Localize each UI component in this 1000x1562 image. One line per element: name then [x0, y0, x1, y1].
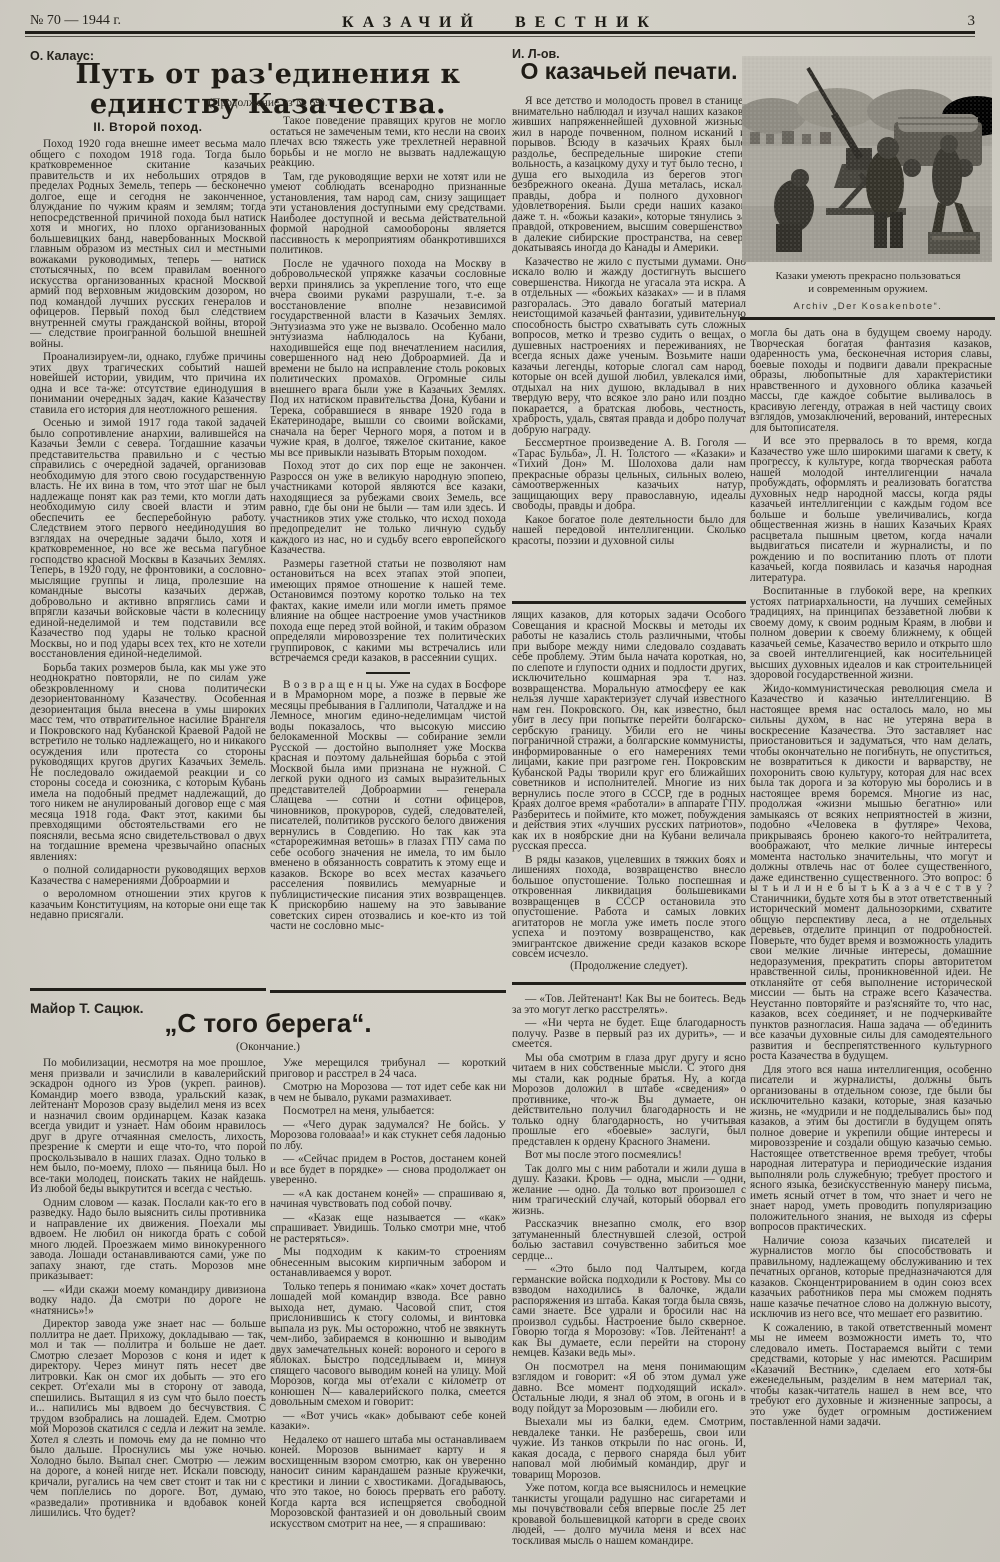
masthead-title: КАЗАЧИЙ ВЕСТНИК — [342, 14, 658, 31]
paragraph: Такое поведение правящих кругов не могло… — [270, 116, 506, 169]
paragraph: Так долго мы с ним работали и жили душа … — [512, 1164, 746, 1217]
paragraph: Одним словом — казак. Послали как-то его… — [30, 1198, 266, 1282]
article1-column-b-part1: Такое поведение правящих кругов не могло… — [270, 116, 506, 667]
paragraph: К сожалению, в такой ответственный момен… — [750, 1323, 992, 1428]
photo-caption-line1: Казаки умеють прекрасно пользоваться — [742, 270, 994, 283]
paragraph: Борьба таких розмеров была, как мы уже э… — [30, 663, 266, 863]
paragraph: Наличие союза казачьих писателей и журна… — [750, 1236, 992, 1320]
paragraph: — «Чего дурак задумался? Не бойсь. У Мор… — [270, 1120, 506, 1152]
paragraph: Поход этот до сих пор еще не закончен. Р… — [270, 461, 506, 556]
article3-column-a: По мобилизации, несмотря на мое прошлое,… — [30, 1058, 266, 1560]
newspaper-page: № 70 — 1944 г. КАЗАЧИЙ ВЕСТНИК 3 О. Кала… — [0, 0, 1000, 1562]
paragraph: — «Это было под Чалтырем, когда германск… — [512, 1264, 746, 1359]
paragraph: — «Вот учись «как» добывают себе коней к… — [270, 1411, 506, 1432]
photo-caption-line2: и современным оружием. — [742, 283, 994, 296]
article3-title: „С того берега“. — [30, 1008, 506, 1039]
photo-bottom-rule — [740, 317, 995, 320]
paragraph: о вероломном отношении этих кругов к каз… — [30, 889, 266, 921]
paragraph: Смотрю на Морозова — тот идет себе как н… — [270, 1082, 506, 1103]
paragraph: По мобилизации, несмотря на мое прошлое,… — [30, 1058, 266, 1195]
paragraph: Только теперь я понимаю «как» хочет дост… — [270, 1282, 506, 1408]
article2-title: О казачьей печати. — [512, 58, 746, 85]
paragraph: В ряды казаков, уцелевших в тяжких боях … — [512, 855, 746, 959]
column-c-divider-rule — [512, 601, 746, 604]
paragraph: Уже мерещился трибунал — короткий пригов… — [270, 1058, 506, 1079]
article1-to-be-continued: (Продолжение следует). — [512, 960, 746, 972]
header-rule-thin — [25, 36, 975, 37]
photo-illustration — [742, 56, 992, 262]
paragraph: Недалеко от нашего штаба мы останавливае… — [270, 1435, 506, 1530]
paragraph: — «Сейчас придем в Ростов, достанем коне… — [270, 1154, 506, 1186]
article2-column-d: могла бы дать она в будущем своему народ… — [750, 328, 992, 1556]
paragraph: Выехали мы из балки, едем. Смотрим, невд… — [512, 1417, 746, 1480]
paragraph: Посмотрел на меня, улыбается: — [270, 1106, 506, 1117]
paragraph: Рассказчик внезапно смолк, его взор зату… — [512, 1219, 746, 1261]
paragraph: — «Тов. Лейтенант! Как Вы не боитесь. Ве… — [512, 994, 746, 1015]
paragraph: Какое богатое поле деятельности было для… — [512, 515, 746, 547]
article3-top-rule-a — [30, 988, 266, 991]
photo-credit: Archiv „Der Kosakenbote“. — [742, 301, 994, 312]
paragraph: — «А как достанем коней» — спрашиваю я, … — [270, 1189, 506, 1210]
article1-column-c-continuation: лящих казаков, для которых задачи Особог… — [512, 610, 746, 958]
masthead: КАЗАЧИЙ ВЕСТНИК — [0, 14, 1000, 32]
paragraph: Казачество не жило с пустыми думами. Оно… — [512, 257, 746, 436]
page-number: 3 — [930, 13, 975, 30]
article1-subtitle: (Продолжение из № 69). — [30, 97, 506, 109]
paragraph: Бессмертное произведение А. В. Гоголя — … — [512, 438, 746, 512]
paragraph: Мы оба смотрим в глаза друг другу и ясно… — [512, 1053, 746, 1148]
paragraph: Осенью и зимой 1917 года такой задачей б… — [30, 418, 266, 660]
article1-section-heading: II. Второй поход. — [30, 120, 266, 134]
paragraph: — «Ни черта не будет. Еще благодарность … — [512, 1018, 746, 1050]
paragraph: — «Иди скажи моему командиру дивизиона в… — [30, 1285, 266, 1317]
header-rule — [25, 31, 975, 34]
article1-title: Путь от раз'единения к единству Казачест… — [30, 60, 506, 120]
paragraph: Там, где руководящие верхи не хотят или … — [270, 172, 506, 256]
article1-column-b-part2: В о з в р а щ е н ц ы. Уже на судах в Бо… — [270, 680, 506, 935]
article1-column-b: Такое поведение правящих кругов не могло… — [270, 116, 506, 985]
article1-column-a: Поход 1920 года внешне имеет весьма мало… — [30, 139, 266, 985]
paragraph: Уже потом, когда все выяснилось и немецк… — [512, 1483, 746, 1546]
article3-subtitle: (Окончание.) — [30, 1041, 506, 1053]
paragraph: Воспитанные в глубокой вере, на крепких … — [750, 586, 992, 681]
paragraph: о полной солидарности руководящих верхов… — [30, 865, 266, 886]
paragraph: Проанализируем-ли, однако, глубже причин… — [30, 352, 266, 415]
paragraph: могла бы дать она в будущем своему народ… — [750, 328, 992, 433]
paragraph: И все это прервалось в то время, когда К… — [750, 436, 992, 583]
article3-column-c: — «Тов. Лейтенант! Как Вы не боитесь. Ве… — [512, 994, 746, 1560]
article2-column-c: Я все детство и молодость провел в стани… — [512, 96, 746, 598]
column-c-bottom-rule — [512, 982, 746, 985]
paragraph: лящих казаков, для которых задачи Особог… — [512, 610, 746, 852]
article3-top-rule-b — [270, 990, 506, 993]
paragraph: Он посмотрел на меня понимающим взглядом… — [512, 1362, 746, 1415]
paragraph: В о з в р а щ е н ц ы. Уже на судах в Бо… — [270, 680, 506, 932]
paragraph: Мы подходим к каким-то строениям обнесен… — [270, 1247, 506, 1279]
paragraph: Размеры газетной статьи не позволяют нам… — [270, 559, 506, 664]
paragraph: Для этого вся наша интеллигенция, особен… — [750, 1065, 992, 1233]
paragraph: Поход 1920 года внешне имеет весьма мало… — [30, 139, 266, 349]
paragraph: Жидо-коммунистическая революция смела и … — [750, 684, 992, 1062]
paragraph: Директор завода уже знает нас — больше п… — [30, 1319, 266, 1519]
article3-column-b: Уже мерещился трибунал — короткий пригов… — [270, 1058, 506, 1560]
paragraph: После не удачного похода на Москву в доб… — [270, 259, 506, 459]
section-separator-rule — [366, 672, 410, 674]
photo-caption: Казаки умеють прекрасно пользоваться и с… — [742, 270, 994, 296]
photo-cossacks-antiaircraft-gun — [742, 56, 992, 262]
paragraph: — «Казак еще называется — «как» спрашива… — [270, 1213, 506, 1245]
paragraph: Я все детство и молодость провел в стани… — [512, 96, 746, 254]
paragraph: Вот мы после этого посмеялись! — [512, 1150, 746, 1161]
